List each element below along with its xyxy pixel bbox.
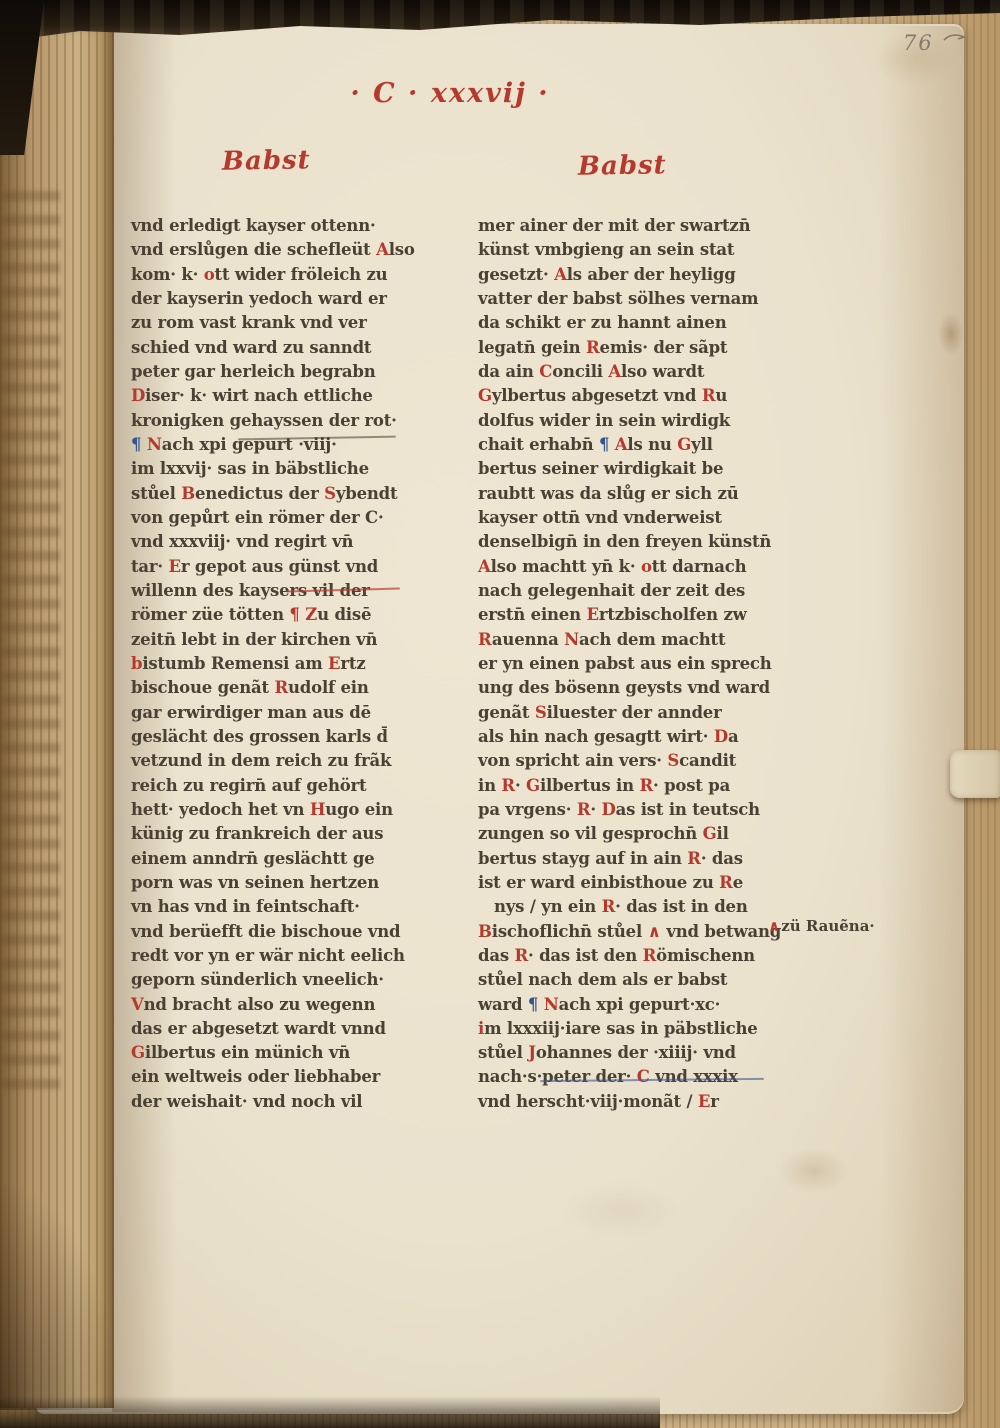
text-line: Gilbertus ein münich vn̄ <box>131 1041 427 1065</box>
text-line: der kayserin yedoch ward er <box>131 287 427 311</box>
text-line: vnd herscht·viij·monãt / Er <box>478 1090 788 1114</box>
text-line: der weishait· vnd noch vil <box>131 1090 427 1114</box>
text-line: peter gar herleich begrabn <box>131 360 427 384</box>
text-line: ung des bösenn geysts vnd ward <box>478 676 788 700</box>
text-line: vn has vnd in feintschaft· <box>131 895 427 919</box>
bottom-page-shadow <box>0 1396 660 1428</box>
text-line: vetzund in dem reich zu frãk <box>131 749 427 773</box>
parchment-stain <box>560 1180 680 1240</box>
text-line: vnd xxxviij· vnd regirt vn̄ <box>131 530 427 554</box>
text-line: vnd erslůgen die schefleüt Also <box>131 238 427 262</box>
text-column-right: mer ainer der mit der swartzn̄künst vmbg… <box>478 214 788 1114</box>
text-line: hett· yedoch het vn Hugo ein <box>131 798 427 822</box>
text-line: erstn̄ einen Ertzbischolfen zw <box>478 603 788 627</box>
running-head-right: Babst <box>578 150 667 182</box>
text-line: künst vmbgieng an sein stat <box>478 238 788 262</box>
text-line: da ain Concili Also wardt <box>478 360 788 384</box>
folio-number-text: 76 <box>903 31 934 55</box>
text-line: in R· Gilbertus in R· post pa <box>478 774 788 798</box>
text-line: im lxxxiij·iare sas in päbstliche <box>478 1017 788 1041</box>
text-line: er yn einen pabst aus ein sprech <box>478 652 788 676</box>
text-line: das er abgesetzt wardt vnnd <box>131 1017 427 1041</box>
text-line: nach gelegenhait der zeit des <box>478 579 788 603</box>
parchment-stain <box>938 312 964 356</box>
text-line: römer züe tötten ¶ Zu disē <box>131 603 427 627</box>
text-line: vnd berüefft die bischoue vnd <box>131 920 427 944</box>
text-line: genãt Siluester der annder <box>478 701 788 725</box>
text-line: tar· Er gepot aus günst vnd <box>131 555 427 579</box>
text-line: bertus stayg auf in ain R· das <box>478 847 788 871</box>
text-line: Vnd bracht also zu wegenn <box>131 993 427 1017</box>
showthrough-text <box>2 191 60 1091</box>
text-line: reich zu regirn̄ auf gehört <box>131 774 427 798</box>
marginal-note: ∧zü Rauẽna· <box>768 917 875 935</box>
running-head-left: Babst <box>222 145 311 177</box>
text-line: Also machtt yn̄ k· ott darnach <box>478 555 788 579</box>
text-column-left: vnd erledigt kayser ottenn·vnd erslůgen … <box>131 214 427 1114</box>
folio-number: 76 <box>903 30 968 55</box>
text-line: pa vrgens· R· Das ist in teutsch <box>478 798 788 822</box>
text-line: ein weltweis oder liebhaber <box>131 1065 427 1089</box>
text-line: von spricht ain vers· Scandit <box>478 749 788 773</box>
text-line: denselbign̄ in den freyen künstn̄ <box>478 530 788 554</box>
text-line: das R· das ist den Römischenn <box>478 944 788 968</box>
text-line: als hin nach gesagtt wirt· Da <box>478 725 788 749</box>
insertion-caret: ∧ <box>768 917 780 935</box>
text-line: zungen so vil gesprochn̄ Gil <box>478 822 788 846</box>
text-line: porn was vn seinen hertzen <box>131 871 427 895</box>
text-line: stůel Benedictus der Sybendt <box>131 482 427 506</box>
text-line: im lxxvij· sas in bäbstliche <box>131 457 427 481</box>
text-line: vatter der babst sölhes vernam <box>478 287 788 311</box>
stack-shadow <box>0 1180 120 1410</box>
text-line: ist er ward einbisthoue zu Re <box>478 871 788 895</box>
text-line: mer ainer der mit der swartzn̄ <box>478 214 788 238</box>
text-line: geporn sünderlich vneelich· <box>131 968 427 992</box>
text-line: chait erhabn̄ ¶ Als nu Gyll <box>478 433 788 457</box>
text-line: geslächt des grossen karls d̄ <box>131 725 427 749</box>
text-line: schied vnd ward zu sanndt <box>131 336 427 360</box>
text-line: gesetzt· Als aber der heyligg <box>478 263 788 287</box>
text-line: ward ¶ Nach xpi gepurt·xc· <box>478 993 788 1017</box>
parchment-stain <box>778 1148 850 1194</box>
text-line: bistumb Remensi am Ertz <box>131 652 427 676</box>
text-line: künig zu frankreich der aus <box>131 822 427 846</box>
text-line: legatn̄ gein Remis· der sãpt <box>478 336 788 360</box>
text-line: vnd erledigt kayser ottenn· <box>131 214 427 238</box>
text-line: von gepůrt ein römer der C· <box>131 506 427 530</box>
text-line: Bischoflichn̄ stůel ∧ vnd betwang <box>478 920 788 944</box>
text-line: kronigken gehayssen der rot· <box>131 409 427 433</box>
text-line: Diser· k· wirt nach ettliche <box>131 384 427 408</box>
text-line: Gylbertus abgesetzt vnd Ru <box>478 384 788 408</box>
text-line: bertus seiner wirdigkait be <box>478 457 788 481</box>
text-line: willenn des kaysers vil der <box>131 579 427 603</box>
chapter-heading: · C · xxxvij · <box>340 78 560 109</box>
text-line: zeitn̄ lebt in der kirchen vn̄ <box>131 628 427 652</box>
text-line: redt vor yn er wär nicht eelich <box>131 944 427 968</box>
text-line: kom· k· ott wider fröleich zu <box>131 263 427 287</box>
text-line: dolfus wider in sein wirdigk <box>478 409 788 433</box>
folio-flourish <box>942 30 968 44</box>
text-line: da schikt er zu hannt ainen <box>478 311 788 335</box>
text-line: stůel nach dem als er babst <box>478 968 788 992</box>
text-line: Rauenna Nach dem machtt <box>478 628 788 652</box>
text-line: bischoue genãt Rudolf ein <box>131 676 427 700</box>
bookmark-tab <box>950 750 1000 798</box>
text-line: gar erwirdiger man aus dē <box>131 701 427 725</box>
text-line: stůel Johannes der ·xiiij· vnd <box>478 1041 788 1065</box>
page-edge-browning <box>880 26 964 1412</box>
text-line: einem anndrn̄ geslächtt ge <box>131 847 427 871</box>
text-line: kayser ottn̄ vnd vnderweist <box>478 506 788 530</box>
text-line: nys / yn ein R· das ist in den <box>478 895 788 919</box>
text-line: zu rom vast krank vnd ver <box>131 311 427 335</box>
text-line: raubtt was da slůg er sich zū <box>478 482 788 506</box>
marginal-note-text: zü Rauẽna· <box>781 917 874 935</box>
